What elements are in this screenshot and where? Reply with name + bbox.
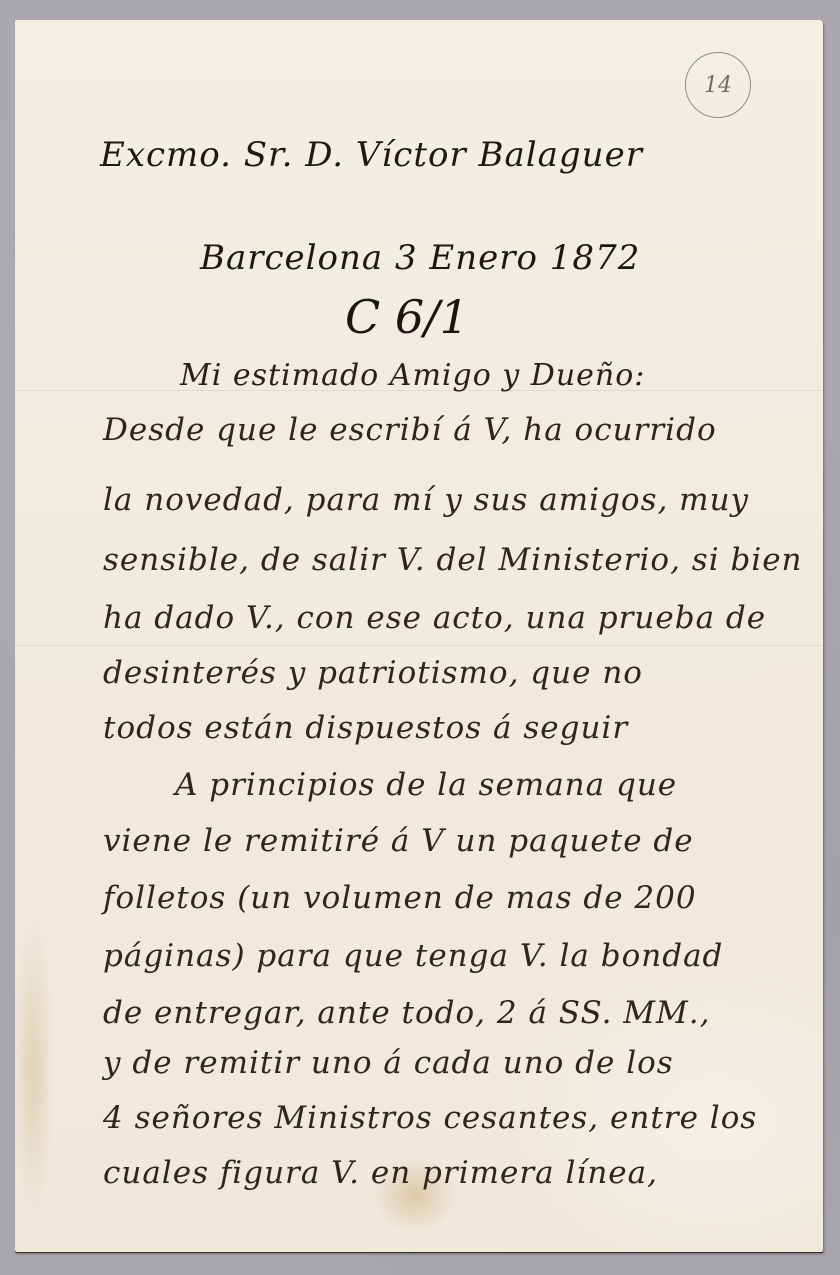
salutation: Mi estimado Amigo y Dueño: bbox=[180, 358, 645, 393]
body-line: desinterés y patriotismo, que no bbox=[103, 655, 643, 691]
body-line: cuales figura V. en primera línea, bbox=[103, 1155, 658, 1191]
body-line: A principios de la semana que bbox=[175, 767, 677, 803]
addressee: Excmo. Sr. D. Víctor Balaguer bbox=[100, 135, 643, 175]
body-line: ha dado V., con ese acto, una prueba de bbox=[103, 600, 766, 636]
body-line: páginas) para que tenga V. la bondad bbox=[103, 938, 723, 974]
archive-number-circle: 14 bbox=[685, 52, 751, 118]
body-line: la novedad, para mí y sus amigos, muy bbox=[103, 482, 749, 518]
body-line: 4 señores Ministros cesantes, entre los bbox=[103, 1100, 757, 1136]
body-line: todos están dispuestos á seguir bbox=[103, 710, 628, 746]
body-line: folletos (un volumen de mas de 200 bbox=[103, 880, 697, 916]
place-date: Barcelona 3 Enero 1872 bbox=[200, 238, 640, 278]
archive-number: 14 bbox=[704, 73, 732, 98]
body-line: sensible, de salir V. del Ministerio, si… bbox=[103, 542, 803, 578]
body-line: y de remitir uno á cada uno de los bbox=[103, 1045, 674, 1081]
letter-sheet: 14 Excmo. Sr. D. Víctor Balaguer Barcelo… bbox=[15, 20, 823, 1252]
body-line: de entregar, ante todo, 2 á SS. MM., bbox=[103, 995, 711, 1031]
reference-mark: C 6/1 bbox=[345, 290, 469, 344]
body-line: viene le remitiré á V un paquete de bbox=[103, 823, 694, 859]
paper-fold-line bbox=[15, 645, 823, 646]
body-line: Desde que le escribí á V, ha ocurrido bbox=[103, 412, 717, 448]
